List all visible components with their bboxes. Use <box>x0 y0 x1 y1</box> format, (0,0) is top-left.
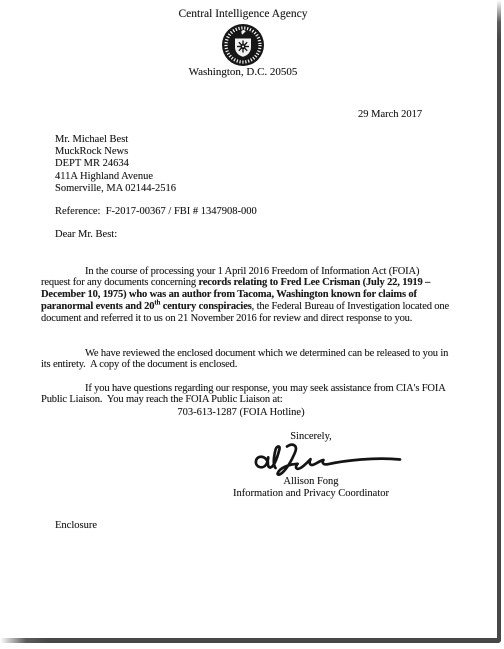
valediction: Sincerely, <box>211 431 411 442</box>
recipient-address-block: Mr. Michael Best MuckRock News DEPT MR 2… <box>55 134 176 195</box>
scan-border-right <box>497 0 501 643</box>
recipient-line: MuckRock News <box>55 146 176 158</box>
body-paragraph-2: We have reviewed the enclosed document w… <box>41 348 449 372</box>
allison-fong-signature-icon <box>253 442 403 480</box>
signer-title: Information and Privacy Coordinator <box>211 488 411 499</box>
enclosure-note: Enclosure <box>55 520 97 531</box>
letter-page: Central Intelligence Agency Washington, … <box>0 0 504 649</box>
recipient-line: 411A Highland Avenue <box>55 171 176 183</box>
bold-subject-text: century conspiracies <box>160 301 251 312</box>
signer-name: Allison Fong <box>211 476 411 487</box>
recipient-line: Somerville, MA 02144-2516 <box>55 183 176 195</box>
salutation: Dear Mr. Best: <box>55 229 117 240</box>
cia-seal-icon <box>221 23 265 67</box>
agency-name: Central Intelligence Agency <box>0 8 486 20</box>
letter-date: 29 March 2017 <box>358 109 422 120</box>
agency-city-line: Washington, D.C. 20505 <box>0 66 486 78</box>
reference-line: Reference: F-2017-00367 / FBI # 1347908-… <box>55 206 257 217</box>
body-paragraph-3: If you have questions regarding our resp… <box>41 383 455 407</box>
recipient-line: Mr. Michael Best <box>55 134 176 146</box>
recipient-line: DEPT MR 24634 <box>55 158 176 170</box>
body-paragraph-1: In the course of processing your 1 April… <box>41 266 449 325</box>
scan-border-bottom <box>0 638 501 643</box>
foia-hotline-number: 703-613-1287 (FOIA Hotline) <box>41 407 441 418</box>
